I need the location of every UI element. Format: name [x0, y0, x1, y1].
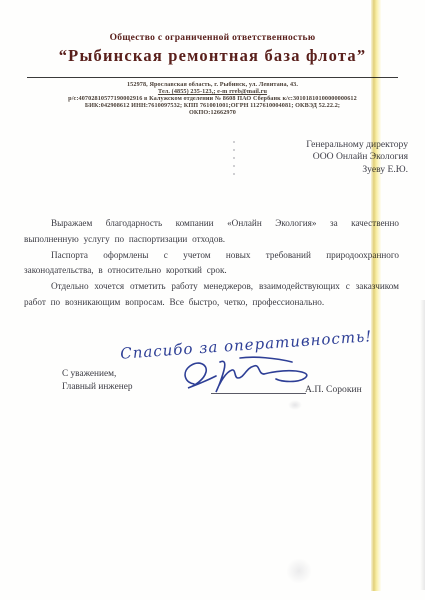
letter-body: Выражаем благодарность компании «Онлайн … — [24, 216, 399, 311]
signature-line — [211, 393, 306, 394]
signature-scribble-icon — [180, 352, 320, 398]
body-paragraph: Выражаем благодарность компании «Онлайн … — [24, 216, 399, 248]
registration-codes-line: БИК:042908612 ИНН:7610097532; КПП 761001… — [0, 102, 425, 109]
handwritten-signature — [180, 352, 320, 403]
recipient-name: Зуеву Е.Ю. — [306, 164, 408, 176]
signer-title: Главный инженер — [62, 381, 132, 394]
letterhead-details: 152978, Ярославская область, г. Рыбинск,… — [0, 81, 425, 116]
scan-edge-shadow — [420, 300, 425, 590]
closing-salutation: С уважением, — [62, 368, 132, 381]
recipient-position: Генеральному директору — [306, 139, 408, 151]
okpo-line: ОКПО:12662970 — [0, 109, 425, 116]
body-paragraph: Паспорта оформлены с учетом новых требов… — [24, 248, 399, 280]
letterhead: Общество с ограниченной ответственностью… — [0, 33, 425, 66]
org-type-line: Общество с ограниченной ответственностью — [0, 33, 425, 43]
address-line: 152978, Ярославская область, г. Рыбинск,… — [0, 81, 425, 88]
bank-account-line: р/с:40702810577190002916 в Калужском отд… — [0, 95, 425, 102]
signer-name: А.П. Сорокин — [305, 384, 362, 395]
scan-artifact — [233, 141, 235, 175]
body-paragraph: Отдельно хочется отметить работу менедже… — [24, 279, 399, 311]
recipient-block: Генеральному директору ООО Онлайн Эколог… — [306, 139, 408, 176]
scanned-letter-page: Общество с ограниченной ответственностью… — [0, 0, 425, 600]
scan-artifact — [286, 558, 312, 584]
org-name-title: “Рыбинская ремонтная база флота” — [0, 46, 425, 66]
letterhead-divider — [27, 77, 398, 78]
recipient-company: ООО Онлайн Экология — [306, 151, 408, 163]
closing-block: С уважением, Главный инженер — [62, 368, 132, 394]
contact-line: Тел. (4855) 235-123,; e-m rreb@mail.ru — [0, 88, 425, 95]
